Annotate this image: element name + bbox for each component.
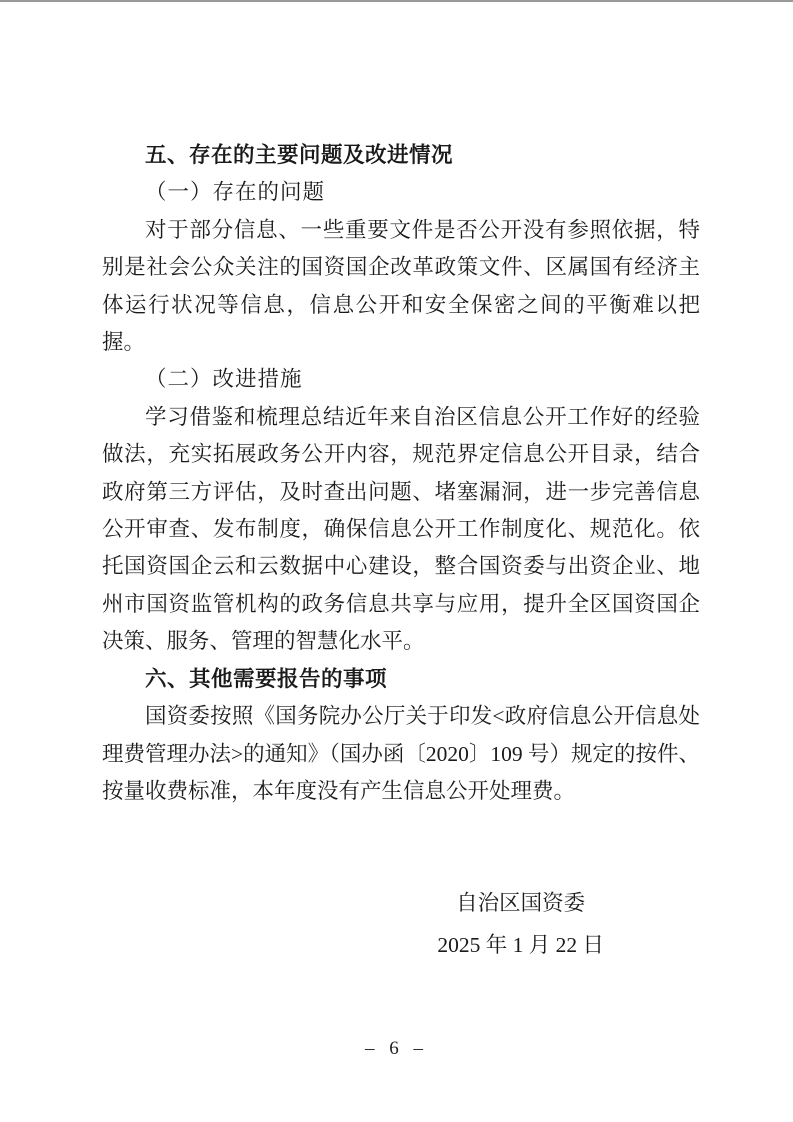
section-5-sub1-paragraph: 对于部分信息、一些重要文件是否公开没有参照依据，特别是社会公众关注的国资国企改革… (102, 212, 700, 362)
signature-org: 自治区国资委 (456, 882, 585, 924)
section-6-paragraph: 国资委按照《国务院办公厅关于印发<政府信息公开信息处理费管理办法>的通知》（国办… (102, 698, 700, 810)
signature-date: 2025 年 1 月 22 日 (437, 924, 604, 966)
page-number: – 6 – (0, 1038, 793, 1060)
section-5-sub2-heading: （二）改进措施 (102, 361, 700, 398)
section-5-sub2-paragraph: 学习借鉴和梳理总结近年来自治区信息公开工作好的经验做法，充实拓展政务公开内容，规… (102, 399, 700, 661)
section-5-sub1-heading: （一）存在的问题 (102, 174, 700, 211)
document-content: 五、存在的主要问题及改进情况 （一）存在的问题 对于部分信息、一些重要文件是否公… (102, 0, 700, 966)
signature-block: 自治区国资委 2025 年 1 月 22 日 (437, 882, 604, 966)
section-6-heading: 六、其他需要报告的事项 (102, 661, 700, 698)
section-5-heading: 五、存在的主要问题及改进情况 (102, 137, 700, 174)
document-page: 五、存在的主要问题及改进情况 （一）存在的问题 对于部分信息、一些重要文件是否公… (0, 0, 793, 1122)
